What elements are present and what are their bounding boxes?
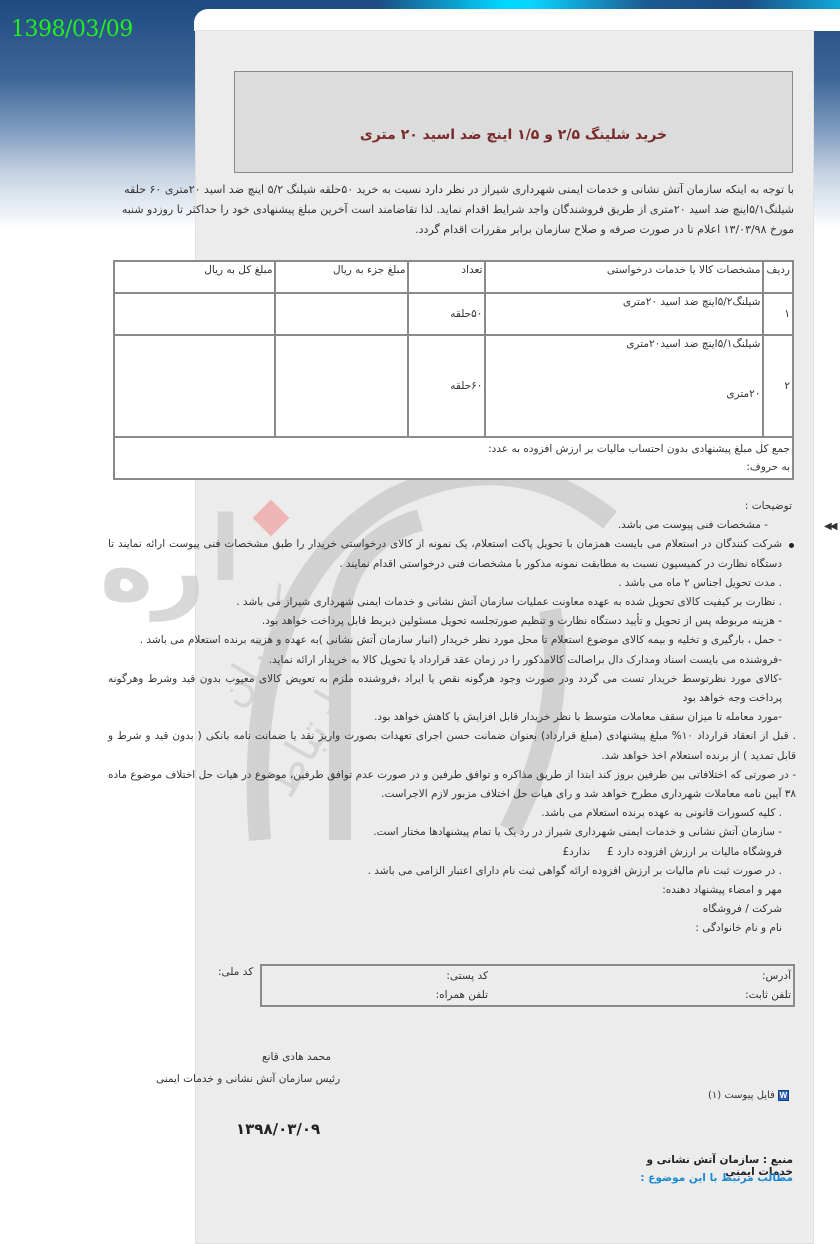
cell-unit-price (275, 335, 408, 437)
attachment-link[interactable]: W فایل پیوست (۱) (708, 1090, 789, 1101)
note-item: . در صورت ثبت نام مالیات بر ارزش افزوده … (108, 862, 796, 881)
note-item: . قبل از انعقاد قرارداد ۱۰% مبلغ پیشنهاد… (108, 727, 796, 765)
contact-form-box: آدرس: کد پستی: تلفن ثابت: تلفن همراه: (260, 964, 795, 1007)
publish-date: ۱۳۹۸/۰۳/۰۹ (236, 1120, 320, 1138)
landline-label: تلفن ثابت: (745, 989, 791, 1001)
total-numeric-label: جمع کل مبلغ پیشنهادی بدون احتساب مالیات … (117, 440, 790, 458)
header-glow-bar (195, 0, 840, 9)
cell-description-line: ۲۰متری (488, 388, 760, 400)
total-words-label: به حروف: (117, 458, 790, 476)
cell-quantity: ۶۰حلقه (408, 335, 485, 437)
attachment-label[interactable]: فایل پیوست (۱) (708, 1090, 775, 1101)
vat-checkbox-line: فروشگاه مالیات بر ارزش افزوده دارد £ ندا… (108, 843, 796, 862)
note-item: - مشخصات فنی پیوست می باشد. (108, 516, 796, 535)
address-label: آدرس: (762, 970, 791, 982)
note-item: - هزینه مربوطه پس از تحویل و تأیید دستگا… (108, 612, 796, 631)
cell-row-number: ۲ (763, 335, 793, 437)
col-header-quantity: تعداد (408, 261, 485, 293)
cell-row-number: ۱ (763, 293, 793, 335)
national-id-label: کد ملی: (218, 966, 253, 978)
items-table: ردیف مشخصات کالا یا خدمات درخواستی تعداد… (113, 260, 794, 480)
note-item: -فروشنده می بایست اسناد ومدارک دال براصا… (108, 651, 796, 670)
note-item: . نظارت بر کیفیت کالای تحویل شده به عهده… (108, 593, 796, 612)
note-item: . کلیه کسورات قانونی به عهده برنده استعل… (108, 804, 796, 823)
mobile-label: تلفن همراه: (436, 989, 488, 1001)
cell-quantity: ۵۰حلقه (408, 293, 485, 335)
notes-heading: توضیحات : (108, 497, 796, 516)
note-item: شرکت / فروشگاه (108, 900, 796, 919)
note-item: . مدت تحویل اجناس ۲ ماه می باشد . (108, 574, 796, 593)
col-header-total-price: مبلغ کل به ریال (114, 261, 275, 293)
cell-description: شیلنگ۵/۲اینچ ضد اسید ۲۰متری (485, 293, 763, 335)
article-title: خرید شلینگ ۲/۵ و ۱/۵ اینچ ضد اسید ۲۰ متر… (360, 127, 667, 143)
word-doc-icon: W (778, 1090, 789, 1101)
header-date: 1398/03/09 (11, 17, 133, 42)
content-card-top (194, 9, 840, 31)
cell-description-line: شیلنگ۵/۱اینچ ضد اسید۲۰متری (488, 338, 760, 350)
signatory-name: محمد هادی قانع (262, 1051, 331, 1063)
col-header-row-number: ردیف (763, 261, 793, 293)
note-item: مهر و امضاء پیشنهاد دهنده: (108, 881, 796, 900)
note-item: -مورد معامله تا میزان سقف معاملات متوسط … (108, 708, 796, 727)
intro-line: با توجه به اینکه سازمان آتش نشانی و خدما… (108, 180, 794, 200)
cell-total: جمع کل مبلغ پیشنهادی بدون احتساب مالیات … (114, 437, 793, 479)
note-item: - سازمان آتش نشانی و خدمات ایمنی شهرداری… (108, 823, 796, 842)
note-item: نام و نام خانوادگی : (108, 919, 796, 938)
cell-description: شیلنگ۵/۱اینچ ضد اسید۲۰متری ۲۰متری (485, 335, 763, 437)
note-item: -کالای مورد نظرتوسط خریدار تست می گردد و… (108, 670, 796, 708)
cell-unit-price (275, 293, 408, 335)
related-articles-link[interactable]: مطالب مرتبط با این موضوع : (630, 1172, 793, 1184)
table-header-row: ردیف مشخصات کالا یا خدمات درخواستی تعداد… (114, 261, 793, 293)
cell-total-price (114, 293, 275, 335)
signatory-position: رئیس سازمان آتش نشانی و خدمات ایمنی (156, 1073, 340, 1085)
table-row: ۱ شیلنگ۵/۲اینچ ضد اسید ۲۰متری ۵۰حلقه (114, 293, 793, 335)
notes-section: توضیحات : - مشخصات فنی پیوست می باشد. شر… (108, 497, 796, 939)
col-header-unit-price: مبلغ جزء به ریال (275, 261, 408, 293)
intro-line: شیلنگ۵/۱اینچ ضد اسید ۲۰متری از طریق فروش… (108, 200, 794, 220)
note-item: - در صورتی که اختلافاتی بین طرفین بروز ک… (108, 766, 796, 804)
note-item: - حمل ، بارگیری و تخلیه و بیمه کالای موض… (108, 631, 796, 650)
note-item: شرکت کنندگان در استعلام می بایست همزمان … (108, 535, 796, 573)
cell-total-price (114, 335, 275, 437)
col-header-description: مشخصات کالا یا خدمات درخواستی (485, 261, 763, 293)
postal-code-label: کد پستی: (446, 970, 488, 982)
table-row: ۲ شیلنگ۵/۱اینچ ضد اسید۲۰متری ۲۰متری ۶۰حل… (114, 335, 793, 437)
table-total-row: جمع کل مبلغ پیشنهادی بدون احتساب مالیات … (114, 437, 793, 479)
article-intro: با توجه به اینکه سازمان آتش نشانی و خدما… (108, 180, 794, 240)
nav-arrows-icon[interactable]: ◀◀ (824, 521, 835, 532)
article-title-box: خرید شلینگ ۲/۵ و ۱/۵ اینچ ضد اسید ۲۰ متر… (234, 71, 793, 173)
intro-line: مورخ ۱۳/۰۳/۹۸ اعلام تا در صورت صرفه و صل… (108, 220, 794, 240)
